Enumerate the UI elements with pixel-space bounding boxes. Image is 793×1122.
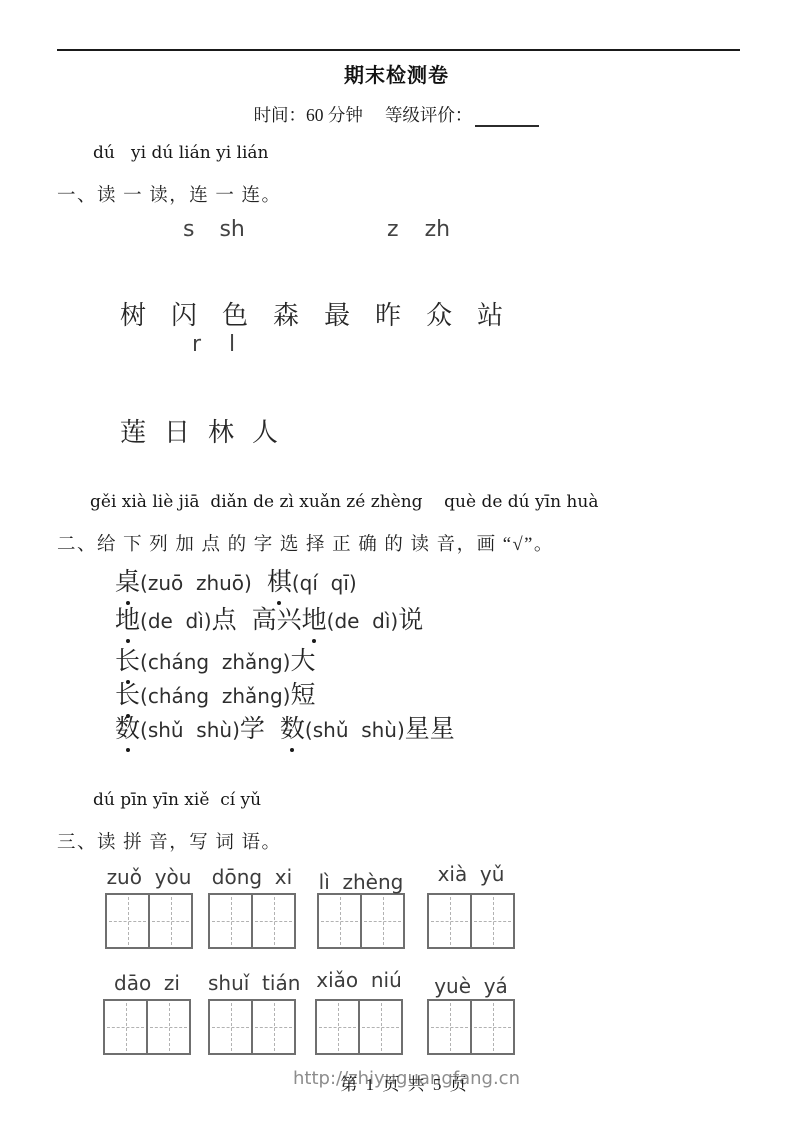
grid-cell[interactable] [470,895,513,947]
initial-sh[interactable]: sh [219,217,244,242]
choice-item: 棋(qí qī) [267,562,357,598]
grade-blank-line[interactable] [475,110,539,127]
writing-grid [103,999,191,1055]
exam-page: 期末检测卷 时间：60 分钟 等级评价： dú yi dú lián yi li… [0,0,793,1122]
choice-item: 数(shǔ shù)学 [115,709,265,745]
choice-item: 高兴地(de dì)说 [252,600,424,636]
match-char[interactable]: 昨 [375,295,401,332]
choice-row: 桌(zuō zhuō) 棋(qí qī) [115,562,357,598]
suffix-text: 大 [290,641,315,677]
pinyin-label: zuǒ yòu [105,864,193,893]
match-char[interactable]: 闪 [171,295,197,332]
page-title: 期末检测卷 [0,59,793,88]
pinyin-label: xià yǔ [427,861,515,890]
writing-grid [427,999,515,1055]
initial-z[interactable]: z [387,217,399,242]
initials-pair-s: s sh [183,217,245,242]
pinyin-options[interactable]: (shǔ shù) [305,718,405,742]
match-char[interactable]: 人 [252,412,278,449]
grid-cell[interactable] [210,1001,251,1053]
dotted-char: 长 [115,641,140,677]
writing-grid [105,893,193,949]
pinyin-label: xiǎo niú [315,967,403,996]
initial-l[interactable]: l [229,332,235,357]
grid-cell[interactable] [317,1001,358,1053]
section2-pinyin: gěi xià liè jiā diǎn de zì xuǎn zé zhèng… [90,492,598,512]
grid-cell[interactable] [429,1001,470,1053]
match-char[interactable]: 森 [273,295,299,332]
writing-grid [315,999,403,1055]
grid-cell[interactable] [210,895,251,947]
choice-row: 长(cháng zhǎng)大 [115,641,315,677]
grid-cell[interactable] [251,895,294,947]
dotted-char: 数 [115,709,140,745]
suffix-text: 学 [240,709,265,745]
match-char[interactable]: 莲 [120,412,146,449]
match-char[interactable]: 站 [477,295,503,332]
prefix-text: 高兴 [252,600,302,636]
initial-r[interactable]: r [192,332,201,357]
match-char[interactable]: 色 [222,295,248,332]
grid-cell[interactable] [319,895,360,947]
choice-row: 数(shǔ shù)学 数(shǔ shù)星星 [115,709,455,745]
section3-pinyin: dú pīn yīn xiě cí yǔ [93,790,261,810]
grid-cell[interactable] [107,895,148,947]
match-char[interactable]: 日 [164,412,190,449]
meta-line: 时间：60 分钟 等级评价： [0,102,793,127]
pinyin-label: yuè yá [427,973,515,1002]
section1-heading: 一、读 一 读，连 一 连。 [57,181,282,207]
grid-cell[interactable] [358,1001,401,1053]
word-grid-group: xià yǔ [427,864,515,949]
pinyin-label: shuǐ tián [208,970,296,999]
pinyin-label: dōng xi [208,864,296,893]
choice-row: 地(de dì)点 高兴地(de dì)说 [115,600,423,636]
initial-zh[interactable]: zh [425,217,451,242]
match-chars-row1: 树 闪 色 森 最 昨 众 站 [120,295,503,332]
section3-heading: 三、读 拼 音，写 词 语。 [57,828,282,854]
dotted-char: 数 [280,709,305,745]
grid-cell[interactable] [148,895,191,947]
word-grid-group: dōng xi [208,864,296,949]
pinyin-options[interactable]: (de dì) [327,609,399,633]
initial-s[interactable]: s [183,217,194,242]
choice-item: 长(cháng zhǎng)短 [115,675,315,711]
suffix-text: 点 [212,600,237,636]
dotted-char: 棋 [267,562,292,598]
writing-grid [317,893,405,949]
choice-item: 长(cháng zhǎng)大 [115,641,315,677]
dotted-char: 桌 [115,562,140,598]
pinyin-options[interactable]: (zuō zhuō) [140,571,252,595]
dotted-char: 地 [115,600,140,636]
choice-item: 地(de dì)点 [115,600,237,636]
writing-grid [427,893,515,949]
grid-cell[interactable] [360,895,403,947]
choice-row: 长(cháng zhǎng)短 [115,675,315,711]
pinyin-label: dāo zi [103,970,191,999]
pinyin-options[interactable]: (cháng zhǎng) [140,684,290,708]
suffix-text: 说 [398,600,423,636]
match-char[interactable]: 众 [426,295,452,332]
grid-cell[interactable] [146,1001,189,1053]
pinyin-label: lì zhèng [317,869,405,898]
word-grid-group: xiǎo niú [315,970,403,1055]
grid-cell[interactable] [251,1001,294,1053]
word-grid-group: shuǐ tián [208,970,296,1055]
word-grid-group: lì zhèng [317,864,405,949]
section2-heading: 二、给 下 列 加 点 的 字 选 择 正 确 的 读 音，画 “√”。 [57,530,554,556]
dotted-char: 长 [115,675,140,711]
suffix-text: 星星 [405,709,455,745]
dotted-char: 地 [302,600,327,636]
grid-cell[interactable] [105,1001,146,1053]
match-chars-row2: 莲 日 林 人 [120,412,278,449]
page-footer: http://zhiyuguangfang.cn 第 1 页 共 5 页 [0,1067,793,1095]
initials-pair-r: r l [192,332,235,357]
match-char[interactable]: 最 [324,295,350,332]
grade-label: 等级评价： [385,102,473,127]
writing-grid [208,893,296,949]
writing-grid [208,999,296,1055]
header-rule [57,49,740,51]
pinyin-options[interactable]: (shǔ shù) [140,718,240,742]
pinyin-options[interactable]: (qí qī) [292,571,357,595]
section1-pinyin: dú yi dú lián yi lián [93,143,269,163]
initials-pair-z: z zh [387,217,450,242]
pinyin-options[interactable]: (de dì) [140,609,212,633]
word-grid-group: dāo zi [103,970,191,1055]
pinyin-options[interactable]: (cháng zhǎng) [140,650,290,674]
time-label: 时间：60 分钟 [254,102,363,127]
page-number: 第 1 页 共 5 页 [340,1070,468,1095]
match-char[interactable]: 林 [208,412,234,449]
grid-cell[interactable] [470,1001,513,1053]
match-char[interactable]: 树 [120,295,146,332]
grid-cell[interactable] [429,895,470,947]
choice-item: 数(shǔ shù)星星 [280,709,455,745]
choice-item: 桌(zuō zhuō) [115,562,252,598]
suffix-text: 短 [290,675,315,711]
word-grid-group: zuǒ yòu [105,864,193,949]
word-grid-group: yuè yá [427,970,515,1055]
